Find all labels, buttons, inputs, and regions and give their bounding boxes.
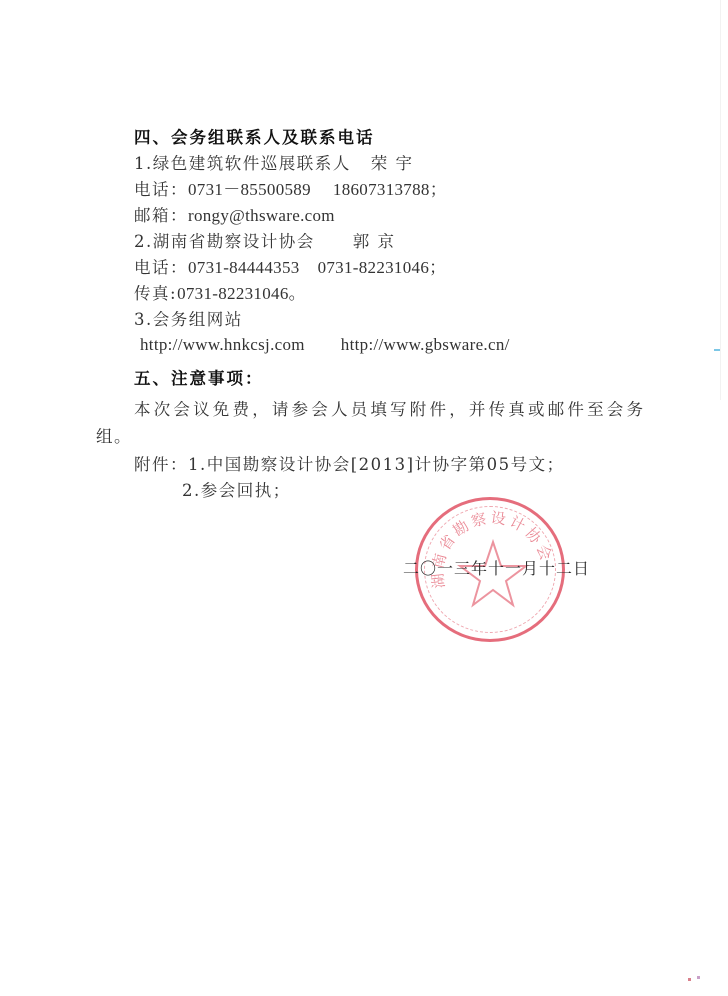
attachment-1: 1.中国勘察设计协会[2013]计协字第05号文； [188,455,565,474]
attachments-label: 附件： [134,455,188,474]
scan-artifact-dot [688,978,691,981]
signature-date: 二〇一三年十一月十二日 [403,556,590,579]
email-label: 邮箱： [134,206,188,225]
document-page: 四、会务组联系人及联系电话 1.绿色建筑软件巡展联系人荣 宇 电话：0731－8… [0,0,728,996]
contact-1-name: 荣 宇 [371,154,414,173]
contact-1-phone-line: 电话：0731－8550058918607313788； [134,179,447,201]
scan-artifact-mark [714,349,720,351]
websites-line: http://www.hnkcsj.comhttp://www.gbsware.… [140,334,510,356]
scan-artifact-dot [697,976,700,979]
attachment-2: 2.参会回执； [182,480,291,502]
contact-2-line: 2.湖南省勘察设计协会郭 京 [134,231,396,253]
section-4-heading: 四、会务组联系人及联系电话 [134,127,375,149]
phone-label: 电话： [134,258,188,277]
contact-2-fax-line: 传真:0731-82231046。 [134,283,306,305]
website-link-gbsware[interactable]: http://www.gbsware.cn/ [341,335,510,354]
contact-1-email: rongy@thsware.com [188,206,335,225]
contact-2-phone-2: 0731-82231046； [318,258,447,277]
contact-2-phone-line: 电话：0731-844443530731-82231046； [134,257,446,279]
notice-paragraph-line-2: 组。 [96,426,132,448]
contact-2-name: 郭 京 [353,232,396,251]
phone-label: 电话： [134,180,188,199]
contact-2-fax: 0731-82231046。 [177,284,306,303]
contact-1-title: 1.绿色建筑软件巡展联系人 [134,154,351,173]
fax-label: 传真: [134,284,177,303]
contact-2-phone-1: 0731-84444353 [188,258,300,277]
website-link-hnkcsj[interactable]: http://www.hnkcsj.com [140,335,305,354]
contact-1-line: 1.绿色建筑软件巡展联系人荣 宇 [134,153,414,175]
attachment-1-line: 附件：1.中国勘察设计协会[2013]计协字第05号文； [134,454,565,476]
contact-1-phone-2: 18607313788； [333,180,447,199]
websites-title: 3.会务组网站 [134,309,243,331]
contact-1-email-line: 邮箱：rongy@thsware.com [134,205,335,227]
scan-edge-line [720,0,721,400]
notice-paragraph-line-1: 本次会议免费，请参会人员填写附件，并传真或邮件至会务 [134,399,646,421]
section-5-heading: 五、注意事项： [134,368,264,390]
contact-2-title: 2.湖南省勘察设计协会 [134,232,315,251]
contact-1-phone-1: 0731－85500589 [188,180,311,199]
